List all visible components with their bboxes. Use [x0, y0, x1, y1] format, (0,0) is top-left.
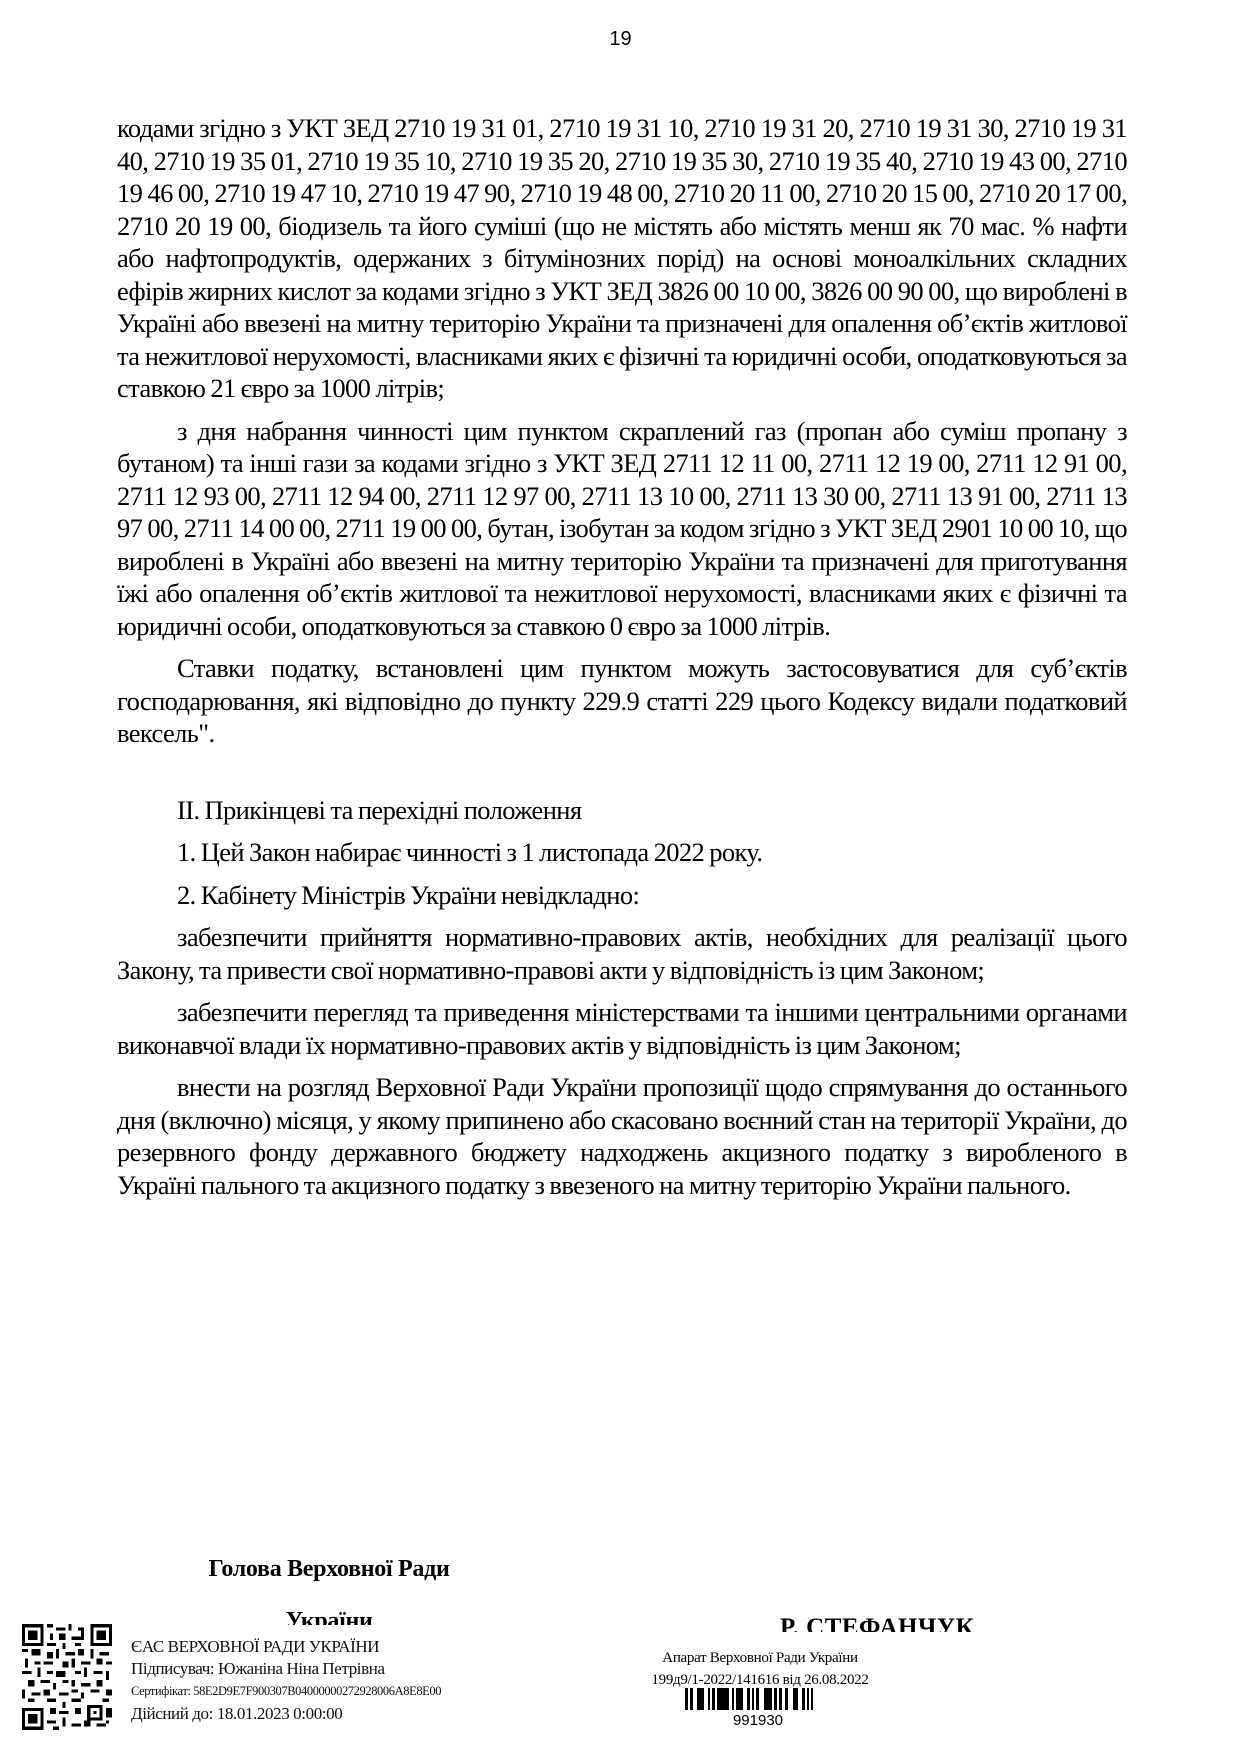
registration-office: Апарат Верховної Ради України — [600, 1647, 920, 1669]
paragraph-liquefied-gas: з дня набрання чинності цим пунктом скра… — [117, 415, 1127, 643]
item-effective-date: 1. Цей Закон набирає чинності з 1 листоп… — [117, 836, 1127, 869]
barcode-number: 991930 — [685, 1712, 831, 1729]
document-body: кодами згідно з УКТ ЗЕД 2710 19 31 01, 2… — [117, 112, 1127, 1211]
item-submit-proposals: внести на розгляд Верховної Ради України… — [117, 1071, 1127, 1201]
page-number: 19 — [0, 28, 1241, 51]
registration-block: Апарат Верховної Ради України 199д9/1-20… — [640, 1647, 880, 1691]
paragraph-tax-rates: Ставки податку, встановлені цим пунктом … — [117, 652, 1127, 750]
stamp-organization: ЄАС ВЕРХОВНОЇ РАДИ УКРАЇНИ — [131, 1636, 441, 1658]
section-gap — [117, 760, 1127, 794]
stamp-valid-until: Дійсний до: 18.01.2023 0:00:00 — [131, 1702, 441, 1726]
section-title: ІІ. Прикінцеві та перехідні положення — [117, 794, 1127, 827]
paragraph-biodiesel: кодами згідно з УКТ ЗЕД 2710 19 31 01, 2… — [117, 112, 1127, 405]
signature-title-line1: Голова Верховної Ради — [184, 1543, 474, 1595]
qr-code-icon — [22, 1624, 112, 1730]
signature-title-line2: України — [184, 1595, 474, 1625]
signature-title: Голова Верховної Ради України — [184, 1543, 474, 1625]
stamp-signer: Підписувач: Южаніна Ніна Петрівна — [131, 1658, 441, 1680]
signatory-name: Р. СТЕФАНЧУК — [780, 1602, 974, 1632]
item-cabinet-instructions: 2. Кабінету Міністрів України невідкладн… — [117, 879, 1127, 912]
electronic-signature-stamp: ЄАС ВЕРХОВНОЇ РАДИ УКРАЇНИ Підписувач: Ю… — [131, 1636, 441, 1726]
stamp-certificate: Сертифікат: 58E2D9E7F900307B040000002729… — [131, 1680, 441, 1702]
item-adopt-acts: забезпечити прийняття нормативно-правови… — [117, 921, 1127, 986]
barcode-icon — [685, 1688, 831, 1710]
item-review-acts: забезпечити перегляд та приведення мініс… — [117, 996, 1127, 1061]
